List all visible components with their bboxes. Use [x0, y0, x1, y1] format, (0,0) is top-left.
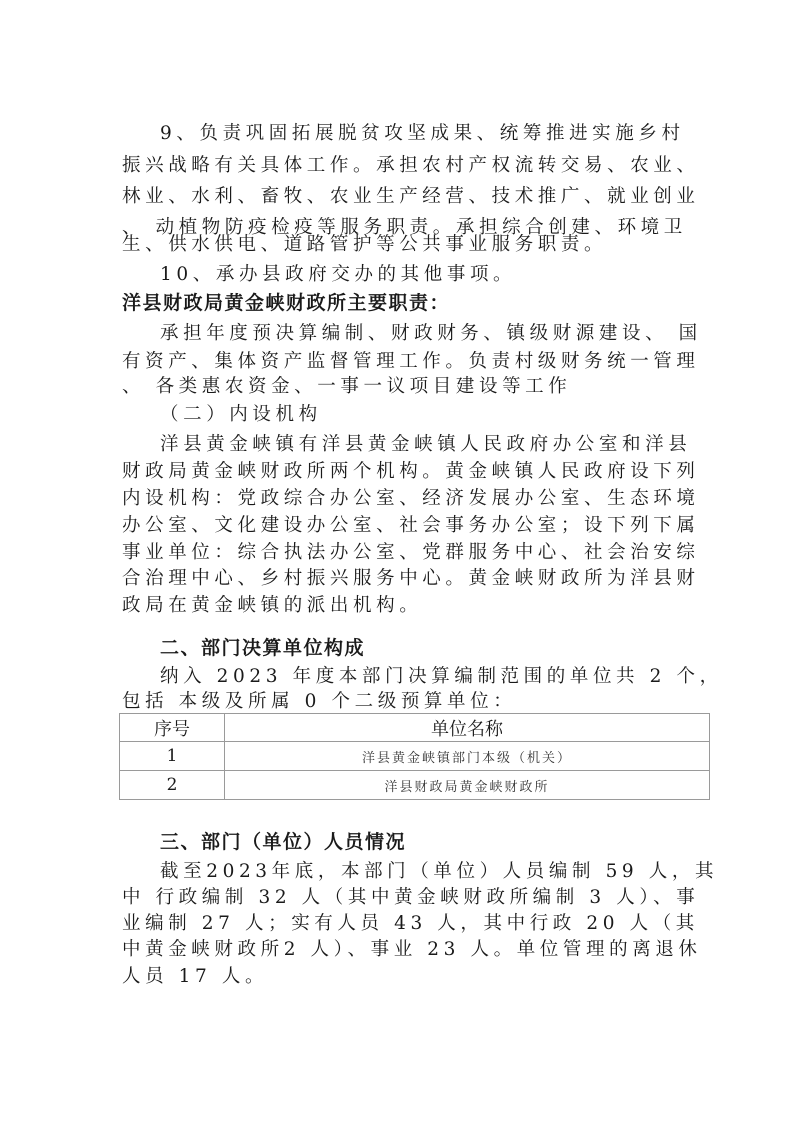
- item9-line-3: 林业、水利、畜牧、农业生产经营、技术推广、就业创业: [122, 184, 700, 210]
- finance-office-line-2: 有资产、集体资产监督管理工作。负责村级财务统一管理: [122, 349, 700, 375]
- item9-line-1: 9、负责巩固拓展脱贫攻坚成果、统筹推进实施乡村: [160, 121, 685, 147]
- internal-line-7: 政局在黄金峡镇的派出机构。: [122, 593, 422, 619]
- header-unit-name: 单位名称: [225, 714, 710, 742]
- internal-line-3: 内设机构：党政综合办公室、经济发展办公室、生态环境: [122, 486, 700, 512]
- internal-line-2: 财政局黄金峡财政所两个机构。黄金峡镇人民政府设下列: [122, 459, 700, 485]
- section-staff-title: 三、部门（单位）人员情况: [160, 829, 406, 855]
- item9-line-2: 振兴战略有关具体工作。承担农村产权流转交易、农业、: [122, 153, 700, 179]
- internal-structure-title: （二）内设机构: [160, 402, 322, 428]
- staff-line-4: 中黄金峡财政所2 人）、事业 23 人。单位管理的离退休: [122, 937, 702, 963]
- section-units-title: 二、部门决算单位构成: [160, 635, 365, 661]
- table-row: 1 洋县黄金峡镇部门本级（机关）: [120, 742, 710, 771]
- internal-line-4: 办公室、文化建设办公室、社会事务办公室；设下列下属: [122, 513, 700, 539]
- item9-line-5: 生、供水供电、道路管护等公共事业服务职责。: [122, 232, 607, 258]
- finance-office-line-1: 承担年度预决算编制、财政财务、镇级财源建设、 国: [160, 321, 702, 347]
- internal-line-5: 事业单位：综合执法办公室、党群服务中心、社会治安综: [122, 540, 700, 566]
- staff-line-1: 截至2023年底，本部门（单位）人员编制 59 人，其: [160, 859, 718, 885]
- row-index: 1: [120, 742, 225, 771]
- table-header-row: 序号 单位名称: [120, 714, 710, 742]
- finance-office-line-3: 、 各类惠农资金、一事一议项目建设等工作: [122, 374, 571, 400]
- row-index: 2: [120, 771, 225, 800]
- staff-line-5: 人员 17 人。: [122, 964, 268, 990]
- row-unit-name: 洋县财政局黄金峡财政所: [225, 771, 710, 800]
- units-table: 序号 单位名称 1 洋县黄金峡镇部门本级（机关） 2 洋县财政局黄金峡财政所: [119, 713, 710, 800]
- staff-line-3: 业编制 27 人；实有人员 43 人，其中行政 20 人（其: [122, 911, 699, 937]
- row-unit-name: 洋县黄金峡镇部门本级（机关）: [225, 742, 710, 771]
- table-row: 2 洋县财政局黄金峡财政所: [120, 771, 710, 800]
- header-index: 序号: [120, 714, 225, 742]
- item10: 10、承办县政府交办的其他事项。: [160, 262, 516, 288]
- internal-line-1: 洋县黄金峡镇有洋县黄金峡镇人民政府办公室和洋县: [160, 432, 691, 458]
- units-line-1: 纳入 2023 年度本部门决算编制范围的单位共 2 个，: [160, 664, 723, 690]
- finance-office-title: 洋县财政局黄金峡财政所主要职责：: [122, 290, 450, 316]
- document-page: 9、负责巩固拓展脱贫攻坚成果、统筹推进实施乡村 振兴战略有关具体工作。承担农村产…: [0, 0, 793, 1122]
- units-line-2: 包括 本级及所属 0 个二级预算单位：: [122, 689, 516, 715]
- staff-line-2: 中 行政编制 32 人（其中黄金峡财政所编制 3 人）、事: [122, 885, 699, 911]
- internal-line-6: 合治理中心、乡村振兴服务中心。黄金峡财政所为洋县财: [122, 566, 700, 592]
